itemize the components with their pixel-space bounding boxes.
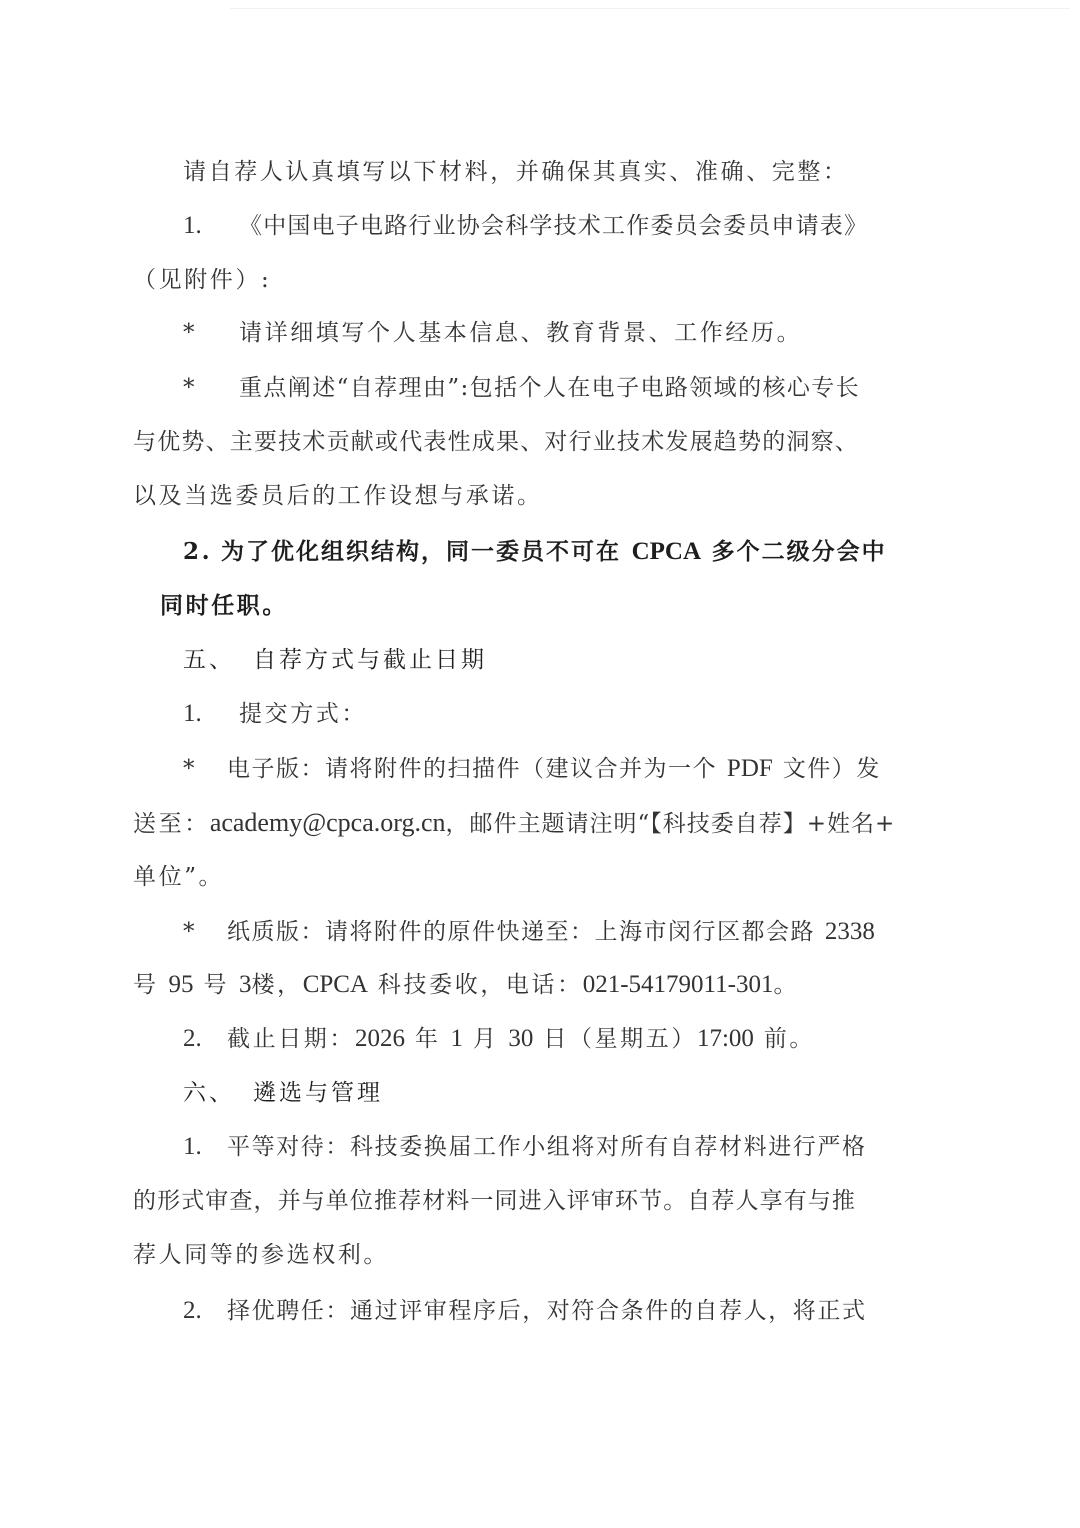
paper-submission: *纸质版：请将附件的原件快递至：上海市闵行区都会路 2338 [183,917,948,947]
street-number: 2338 [825,918,875,945]
bold-text: 多个二级分会中 [712,538,887,565]
item-number: 1. [183,211,239,241]
phone-number: 021-54179011-301 [583,971,774,998]
bullet-text: 以及当选委员后的工作设想与承诺。 [133,483,543,509]
merit-appointment-text: 择优聘任：通过评审程序后，对符合条件的自荐人，将正式 [227,1298,867,1324]
deadline-day: 30 [508,1025,533,1052]
building-number: 95 [169,971,194,998]
deadline-item: 2.截止日期：2026 年 1 月 30 日（星期五）17:00 前。 [183,1024,948,1054]
materials-item-1: 1.《中国电子电路行业协会科学技术工作委员会委员申请表》 [183,211,948,241]
equal-treatment-text: 的形式审查，并与单位推荐材料一同进入评审环节。自荐人享有与推 [133,1188,856,1214]
bold-text: 同时任职。 [160,592,288,619]
deadline-text: 日 [543,1026,569,1052]
bullet-text: 与优势、主要技术贡献或代表性成果、对行业技术发展趋势的洞察、 [133,429,859,455]
equal-treatment-text: 荐人同等的参选权利。 [133,1242,389,1268]
section-5-heading: 五、自荐方式与截止日期 [183,645,948,675]
bullet-marker: * [183,754,227,784]
item-number: 1. [183,1132,227,1162]
paper-text: 号 [203,972,229,998]
section-number: 五、 [183,645,253,675]
equal-treatment-text: 平等对待：科技委换届工作小组将对所有自荐材料进行严格 [227,1134,867,1160]
email-address[interactable]: academy@cpca.org.cn [210,808,446,837]
deadline-month: 1 [450,1025,463,1052]
equal-treatment-line3: 荐人同等的参选权利。 [133,1240,948,1270]
intro-paragraph: 请自荐人认真填写以下材料，并确保其真实、准确、完整： [183,157,948,187]
deadline-time: 17:00 [697,1025,754,1052]
paper-submission-line2: 号 95 号 3楼，CPCA 科技委收，电话：021-54179011-301。 [133,970,948,1000]
bullet-self-recommendation-reason-line2: 与优势、主要技术贡献或代表性成果、对行业技术发展趋势的洞察、 [133,427,948,457]
paper-text: 楼， [251,972,302,998]
bullet-self-recommendation-reason-line3: 以及当选委员后的工作设想与承诺。 [133,481,948,511]
section-title: 自荐方式与截止日期 [253,647,487,673]
paper-text: 科技委收，电话： [378,972,583,998]
materials-item-2-continued: 同时任职。 [160,591,975,621]
deadline-text: 月 [473,1026,499,1052]
cpca-abbrev: CPCA [303,971,368,998]
electronic-text: 电子版：请将附件的扫描件（建议合并为一个 [227,756,717,782]
bullet-marker: * [183,373,239,403]
submission-method-label: 提交方式： [239,701,367,727]
attachment-note: （见附件）: [133,267,271,293]
item-number: 2. [183,1024,227,1054]
document-page: 请自荐人认真填写以下材料，并确保其真实、准确、完整： 1.《中国电子电路行业协会… [0,0,1080,1528]
application-form-title: 《中国电子电路行业协会科学技术工作委员会委员申请表》 [239,213,868,239]
section-number: 六、 [183,1078,253,1108]
electronic-submission: *电子版：请将附件的扫描件（建议合并为一个 PDF 文件）发 [183,754,948,784]
paper-text: 。 [773,972,799,998]
paper-text: 号 [133,972,159,998]
bullet-text: 重点阐述“自荐理由”:包括个人在电子电路领域的核心专长 [239,375,860,401]
section-6-heading: 六、遴选与管理 [183,1078,948,1108]
item-number: 1. [183,699,239,729]
electronic-text: 送至： [133,811,210,837]
bullet-marker: * [183,917,227,947]
merit-appointment-item: 2.择优聘任：通过评审程序后，对符合条件的自荐人，将正式 [183,1296,948,1326]
bullet-text: 请详细填写个人基本信息、教育背景、工作经历。 [239,320,802,346]
scan-artifact [230,8,1070,9]
item-number: 2. [183,537,221,567]
electronic-submission-line3: 单位”。 [133,862,948,892]
bullet-self-recommendation-reason: *重点阐述“自荐理由”:包括个人在电子电路领域的核心专长 [183,373,948,403]
submission-method-item: 1.提交方式： [183,699,948,729]
cpca-abbrev: CPCA [632,538,701,565]
deadline-text: 前。 [764,1026,815,1052]
bullet-marker: * [183,318,239,348]
electronic-text: ，邮件主题请注明“【科技委自荐】+姓名+ [446,811,896,837]
deadline-text: 年 [415,1026,441,1052]
deadline-year: 2026 [355,1025,405,1052]
electronic-text: 单位”。 [133,864,224,890]
electronic-submission-line2: 送至：academy@cpca.org.cn，邮件主题请注明“【科技委自荐】+姓… [133,808,948,839]
electronic-text: 文件）发 [783,756,881,782]
intro-text: 请自荐人认真填写以下材料，并确保其真实、准确、完整： [183,159,849,185]
equal-treatment-item: 1.平等对待：科技委换届工作小组将对所有自荐材料进行严格 [183,1132,948,1162]
equal-treatment-line2: 的形式审查，并与单位推荐材料一同进入评审环节。自荐人享有与推 [133,1186,948,1216]
item-number: 2. [183,1296,227,1326]
bold-text: 为了优化组织结构，同一委员不可在 [221,538,621,565]
materials-item-1-continued: （见附件）: [133,265,948,295]
deadline-weekday: （星期五） [569,1026,697,1052]
deadline-label: 截止日期： [227,1026,355,1052]
bullet-basic-info: *请详细填写个人基本信息、教育背景、工作经历。 [183,318,948,348]
section-title: 遴选与管理 [253,1080,383,1106]
materials-item-2-bold: 2.为了优化组织结构，同一委员不可在 CPCA 多个二级分会中 [183,537,948,567]
floor-number: 3 [239,971,252,998]
paper-text: 纸质版：请将附件的原件快递至：上海市闵行区都会路 [227,919,815,945]
pdf-label: PDF [727,755,773,782]
